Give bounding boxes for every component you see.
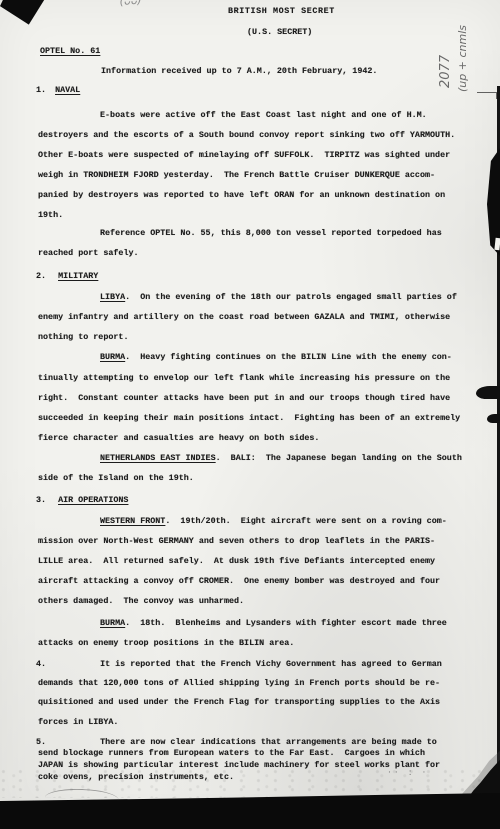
document-line: fierce character and casualties are heav… — [38, 433, 319, 443]
scan-edge-notch — [494, 238, 500, 250]
document-line: attacks on enemy troop positions in the … — [38, 638, 294, 648]
text-segment: weigh in TRONDHEIM FJORD yesterday. The … — [38, 170, 435, 180]
document-line: quisitioned and used under the French Fl… — [38, 697, 440, 707]
text-segment: 3. — [36, 495, 46, 505]
underlined-heading-text: AIR OPERATIONS — [58, 495, 128, 505]
document-line: enemy infantry and artillery on the coas… — [38, 312, 450, 322]
text-segment: (U.S. SECRET) — [247, 27, 312, 37]
document-line: BURMA. Heavy fighting continues on the B… — [100, 352, 452, 362]
document-line: (U.S. SECRET) — [247, 27, 312, 37]
scan-edge-blot — [476, 386, 500, 399]
pencil-dash-mark — [477, 92, 497, 99]
document-line: 3.AIR OPERATIONS — [36, 495, 128, 505]
document-line: 2.MILITARY — [36, 271, 98, 281]
document-line: OPTEL No. 61 — [40, 46, 100, 56]
text-segment: attacks on enemy troop positions in the … — [38, 638, 294, 648]
text-segment: quisitioned and used under the French Fl… — [38, 697, 440, 707]
document-line: aircraft attacking a convoy off CROMER. … — [38, 576, 440, 586]
underlined-heading-text: NETHERLANDS EAST INDIES — [100, 453, 216, 463]
text-segment: . 18th. Blenheims and Lysanders with fig… — [125, 618, 447, 628]
underlined-heading-text: NAVAL — [55, 85, 80, 95]
scanned-document-page: BRITISH MOST SECRET(U.S. SECRET)OPTEL No… — [0, 0, 500, 829]
text-segment: . Heavy fighting continues on the BILIN … — [125, 352, 452, 362]
text-segment: 1. — [36, 85, 46, 95]
text-segment: fierce character and casualties are heav… — [38, 433, 319, 443]
text-segment: E-boats were active off the East Coast l… — [100, 110, 427, 120]
document-line: LILLE area. All returned safely. At dusk… — [38, 556, 435, 566]
document-line: send blockage runners from European wate… — [38, 748, 425, 758]
scan-edge-blot-small — [487, 414, 500, 423]
underlined-heading-text: BURMA — [100, 618, 125, 628]
document-line: destroyers and the escorts of a South bo… — [38, 130, 455, 140]
text-segment: reached port safely. — [38, 248, 139, 258]
document-line: succeeded in keeping their main position… — [38, 413, 460, 423]
document-line: 5.There are now clear indications that a… — [36, 737, 437, 747]
document-line: Reference OPTEL No. 55, this 8,000 ton v… — [100, 228, 442, 238]
text-segment: Other E-boats were suspected of minelayi… — [38, 150, 450, 160]
text-segment: 4. — [36, 659, 46, 669]
text-segment: BRITISH MOST SECRET — [228, 6, 335, 16]
text-segment: . 19th/20th. Eight aircraft were sent on… — [165, 516, 446, 526]
text-segment: There are now clear indications that arr… — [100, 737, 437, 747]
underlined-heading-text: BURMA — [100, 352, 125, 362]
document-line: demands that 120,000 tons of Allied ship… — [38, 678, 440, 688]
document-line: others damaged. The convoy was unharmed. — [38, 596, 244, 606]
text-segment: succeeded in keeping their main position… — [38, 413, 460, 423]
document-line: reached port safely. — [38, 248, 139, 258]
text-segment: others damaged. The convoy was unharmed. — [38, 596, 244, 606]
text-segment: send blockage runners from European wate… — [38, 748, 425, 758]
document-line: 19th. — [38, 210, 63, 220]
document-line: weigh in TRONDHEIM FJORD yesterday. The … — [38, 170, 435, 180]
document-line: side of the Island on the 19th. — [38, 473, 194, 483]
text-segment: right. Constant counter attacks have bee… — [38, 393, 450, 403]
handwritten-note-line: (up + cnmls — [456, 25, 469, 92]
document-line: 1.NAVAL — [36, 85, 80, 95]
document-line: nothing to report. — [38, 332, 128, 342]
text-segment: tinually attempting to envelop our left … — [38, 373, 450, 383]
document-line: forces in LIBYA. — [38, 717, 118, 727]
text-segment: 5. — [36, 737, 46, 747]
document-line: right. Constant counter attacks have bee… — [38, 393, 450, 403]
text-segment: . On the evening of the 18th our patrols… — [125, 292, 457, 302]
text-segment: aircraft attacking a convoy off CROMER. … — [38, 576, 440, 586]
text-segment: 19th. — [38, 210, 63, 220]
pencil-specks: ·· : · — [388, 768, 429, 778]
underlined-heading-text: LIBYA — [100, 292, 125, 302]
underlined-heading-text: WESTERN FRONT — [100, 516, 165, 526]
text-segment: mission over North-West GERMANY and seve… — [38, 536, 435, 546]
underlined-heading-text: OPTEL No. 61 — [40, 46, 100, 56]
text-segment: destroyers and the escorts of a South bo… — [38, 130, 455, 140]
text-segment: enemy infantry and artillery on the coas… — [38, 312, 450, 322]
document-line: NETHERLANDS EAST INDIES. BALI: The Japan… — [100, 453, 462, 463]
document-line: panied by destroyers was reported to hav… — [38, 190, 445, 200]
text-segment: . BALI: The Japanese began landing on th… — [216, 453, 462, 463]
document-line: LIBYA. On the evening of the 18th our pa… — [100, 292, 457, 302]
handwritten-note-line: 2077 — [438, 55, 453, 88]
text-segment: panied by destroyers was reported to hav… — [38, 190, 445, 200]
document-line: BRITISH MOST SECRET — [228, 6, 335, 16]
underlined-heading-text: MILITARY — [58, 271, 98, 281]
document-line: 4.It is reported that the French Vichy G… — [36, 659, 442, 669]
document-line: Information received up to 7 A.M., 20th … — [101, 66, 377, 76]
document-line: mission over North-West GERMANY and seve… — [38, 536, 435, 546]
text-segment: Information received up to 7 A.M., 20th … — [101, 66, 377, 76]
text-segment: forces in LIBYA. — [38, 717, 118, 727]
document-line: BURMA. 18th. Blenheims and Lysanders wit… — [100, 618, 447, 628]
text-segment: demands that 120,000 tons of Allied ship… — [38, 678, 440, 688]
text-segment: It is reported that the French Vichy Gov… — [100, 659, 442, 669]
paper: BRITISH MOST SECRET(U.S. SECRET)OPTEL No… — [0, 0, 500, 829]
document-line: tinually attempting to envelop our left … — [38, 373, 450, 383]
text-segment: 2. — [36, 271, 46, 281]
document-line: Other E-boats were suspected of minelayi… — [38, 150, 450, 160]
text-segment: nothing to report. — [38, 332, 128, 342]
text-segment: side of the Island on the 19th. — [38, 473, 194, 483]
document-line: WESTERN FRONT. 19th/20th. Eight aircraft… — [100, 516, 447, 526]
text-segment: Reference OPTEL No. 55, this 8,000 ton v… — [100, 228, 442, 238]
document-line: E-boats were active off the East Coast l… — [100, 110, 427, 120]
text-segment: LILLE area. All returned safely. At dusk… — [38, 556, 435, 566]
